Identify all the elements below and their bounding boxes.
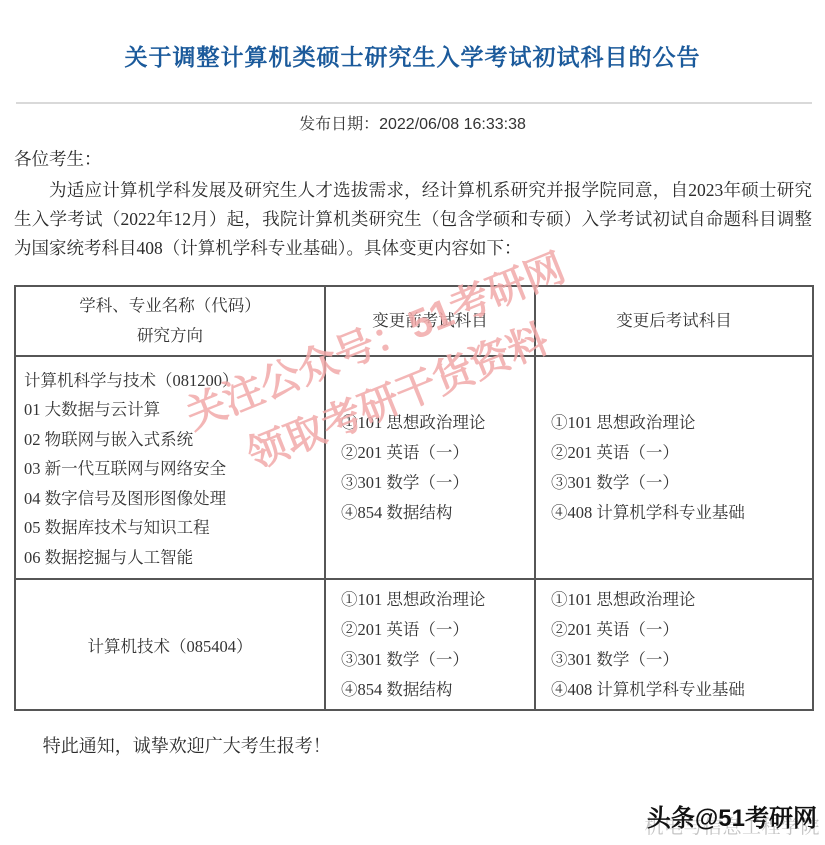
subject-item: ②201 英语（一） bbox=[551, 438, 812, 468]
major-name-cstech: 计算机技术（085404） bbox=[16, 633, 324, 657]
header-before-column: 变更前考试科目 bbox=[325, 286, 535, 356]
table-header-row: 学科、专业名称（代码） 研究方向 变更前考试科目 变更后考试科目 bbox=[15, 286, 813, 356]
subject-item: ②201 英语（一） bbox=[551, 615, 812, 645]
salutation-text: 各位考生： bbox=[14, 146, 102, 171]
header-major-line2: 研究方向 bbox=[16, 321, 324, 351]
subject-item: ①101 思想政治理论 bbox=[551, 408, 812, 438]
major-name-cs: 计算机科学与技术（081200） bbox=[24, 366, 320, 396]
major-cell-cs: 计算机科学与技术（081200） 01 大数据与云计算 02 物联网与嵌入式系统… bbox=[15, 356, 325, 579]
publish-date: 发布日期：2022/06/08 16:33:38 bbox=[0, 111, 825, 134]
subject-item: ④854 数据结构 bbox=[341, 675, 534, 705]
header-major-column: 学科、专业名称（代码） 研究方向 bbox=[15, 286, 325, 356]
research-direction-02: 02 物联网与嵌入式系统 bbox=[24, 425, 320, 455]
subject-item: ①101 思想政治理论 bbox=[341, 585, 534, 615]
header-after-column: 变更后考试科目 bbox=[535, 286, 813, 356]
subject-item: ③301 数学（一） bbox=[341, 468, 534, 498]
subject-item: ③301 数学（一） bbox=[551, 645, 812, 675]
research-direction-05: 05 数据库技术与知识工程 bbox=[24, 513, 320, 543]
subject-item: ④854 数据结构 bbox=[341, 498, 534, 528]
after-subjects-cs: ①101 思想政治理论 ②201 英语（一） ③301 数学（一） ④408 计… bbox=[535, 356, 813, 579]
major-cell-cstech: 计算机技术（085404） bbox=[15, 579, 325, 710]
header-major-line1: 学科、专业名称（代码） bbox=[16, 291, 324, 321]
research-direction-03: 03 新一代互联网与网络安全 bbox=[24, 454, 320, 484]
subject-item: ③301 数学（一） bbox=[551, 468, 812, 498]
subject-item: ④408 计算机学科专业基础 bbox=[551, 675, 812, 705]
title-divider-line bbox=[16, 102, 812, 104]
before-subjects-cstech: ①101 思想政治理论 ②201 英语（一） ③301 数学（一） ④854 数… bbox=[325, 579, 535, 710]
subject-item: ②201 英语（一） bbox=[341, 615, 534, 645]
toutiao-watermark: 头条@51考研网 bbox=[647, 798, 817, 833]
announcement-paragraph: 为适应计算机学科发展及研究生人才选拔需求，经计算机系研究并报学院同意，自2023… bbox=[14, 176, 812, 263]
table-row-cs-academic: 计算机科学与技术（081200） 01 大数据与云计算 02 物联网与嵌入式系统… bbox=[15, 356, 813, 579]
closing-notice: 特此通知，诚挚欢迎广大考生报考！ bbox=[14, 732, 812, 758]
research-direction-01: 01 大数据与云计算 bbox=[24, 395, 320, 425]
subject-item: ③301 数学（一） bbox=[341, 645, 534, 675]
after-subjects-cstech: ①101 思想政治理论 ②201 英语（一） ③301 数学（一） ④408 计… bbox=[535, 579, 813, 710]
research-direction-06: 06 数据挖掘与人工智能 bbox=[24, 543, 320, 573]
table-row-cs-professional: 计算机技术（085404） ①101 思想政治理论 ②201 英语（一） ③30… bbox=[15, 579, 813, 710]
research-direction-04: 04 数字信号及图形图像处理 bbox=[24, 484, 320, 514]
before-subjects-cs: ①101 思想政治理论 ②201 英语（一） ③301 数学（一） ④854 数… bbox=[325, 356, 535, 579]
subject-item: ②201 英语（一） bbox=[341, 438, 534, 468]
subject-item: ①101 思想政治理论 bbox=[551, 585, 812, 615]
subject-item: ④408 计算机学科专业基础 bbox=[551, 498, 812, 528]
subject-item: ①101 思想政治理论 bbox=[341, 408, 534, 438]
subject-change-table: 学科、专业名称（代码） 研究方向 变更前考试科目 变更后考试科目 计算机科学与技… bbox=[14, 285, 814, 711]
page-title: 关于调整计算机类硕士研究生入学考试初试科目的公告 bbox=[0, 39, 825, 72]
